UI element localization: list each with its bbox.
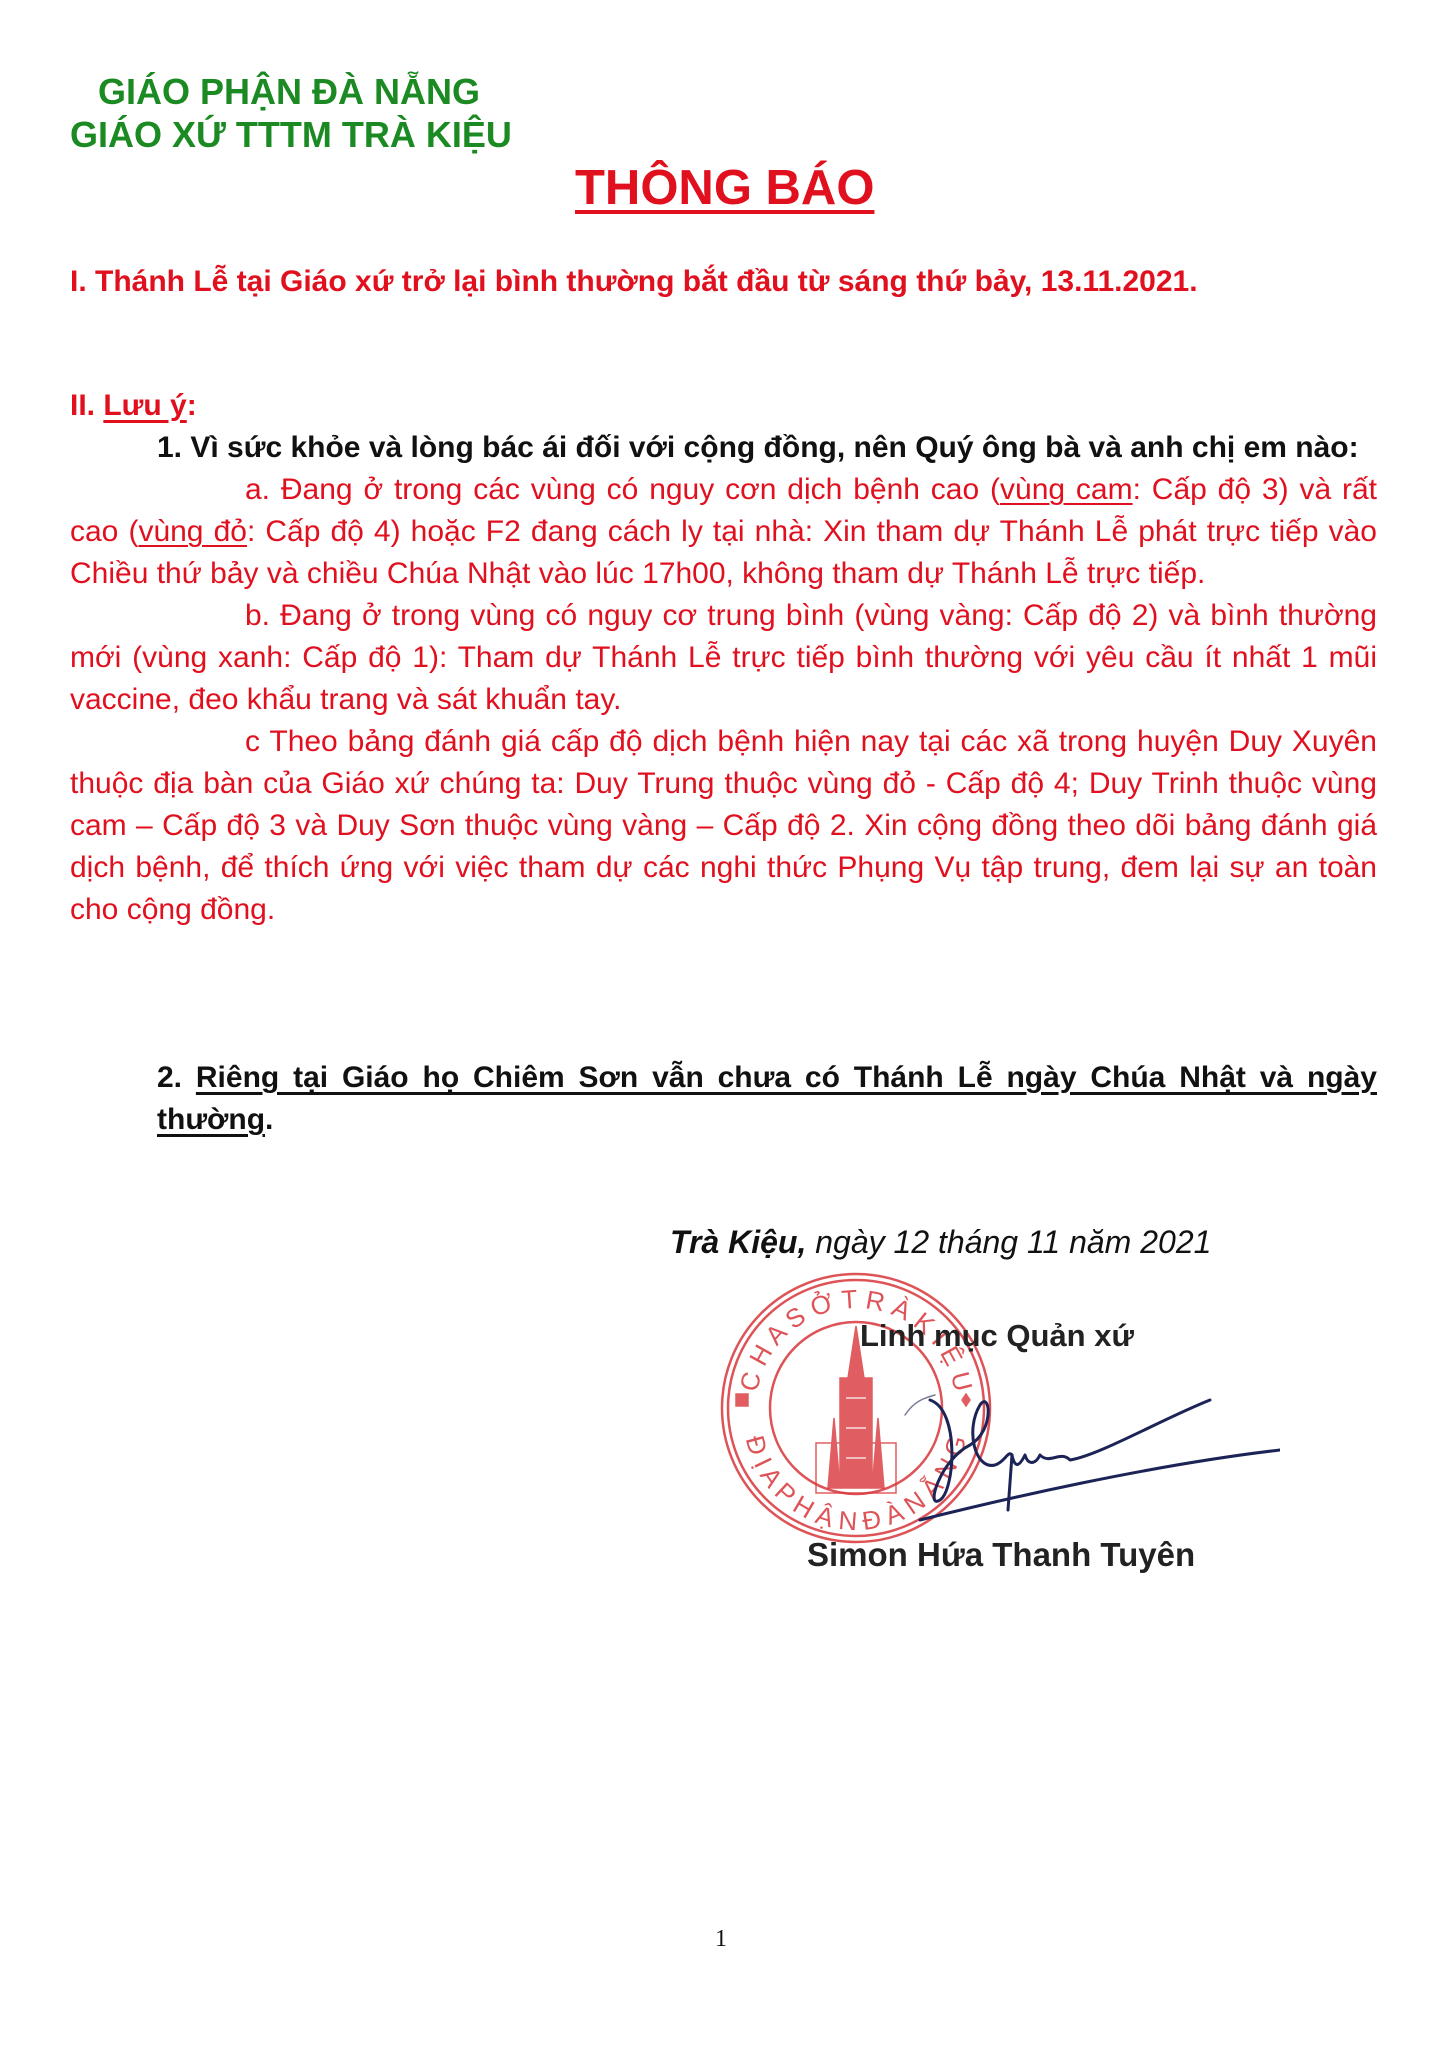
item-1a-part: a. Đang ở trong các vùng có nguy cơn dịc… [245,473,1000,506]
item-1b-text: b. Đang ở trong vùng có nguy cơ trung bì… [70,595,1377,721]
item-1a-part: : Cấp độ 4) hoặc F2 đang cách ly tại nhà… [70,515,1377,590]
document-page: GIÁO PHẬN ĐÀ NẴNG GIÁO XỨ TTTM TRÀ KIỆU … [0,0,1448,2047]
section-2-suffix: : [187,389,197,422]
orange-zone-label: vùng cam [1000,473,1133,506]
red-zone-label: vùng đỏ [138,515,247,548]
item-2-end: . [265,1103,273,1136]
date-line: Trà Kiệu, ngày 12 tháng 11 năm 2021 [670,1222,1211,1262]
section-1: I. Thánh Lễ tại Giáo xứ trở lại bình thư… [70,261,1377,303]
date-text: ngày 12 tháng 11 năm 2021 [806,1224,1211,1260]
diocese-name: GIÁO PHẬN ĐÀ NẴNG [98,70,480,113]
section-2: II. Lưu ý: 1. Vì sức khỏe và lòng bác ái… [70,385,1377,931]
section-2-prefix: II. [70,389,103,422]
item-2: 2. Riêng tại Giáo họ Chiêm Sơn vẫn chưa … [157,1057,1377,1141]
signature-icon [900,1370,1280,1540]
item-1a-text: a. Đang ở trong các vùng có nguy cơn dịc… [70,469,1377,595]
page-number: 1 [715,1925,727,1953]
parish-name: GIÁO XỨ TTTM TRÀ KIỆU [70,113,512,156]
item-1c-text: c Theo bảng đánh giá cấp độ dịch bệnh hi… [70,721,1377,931]
place-name: Trà Kiệu, [670,1224,806,1260]
signer-name: Simon Hứa Thanh Tuyên [807,1534,1195,1576]
section-2-heading: II. Lưu ý: [70,385,1377,427]
item-1-text: 1. Vì sức khỏe và lòng bác ái đối với cộ… [70,427,1377,469]
item-2-text: Riêng tại Giáo họ Chiêm Sơn vẫn chưa có … [157,1061,1377,1136]
signer-role: Linh mục Quản xứ [860,1316,1134,1356]
item-2-number: 2. [157,1061,196,1094]
section-2-heading-text: Lưu ý [103,389,186,422]
section-1-text: I. Thánh Lễ tại Giáo xứ trở lại bình thư… [70,261,1377,303]
page-title: THÔNG BÁO [575,160,874,216]
